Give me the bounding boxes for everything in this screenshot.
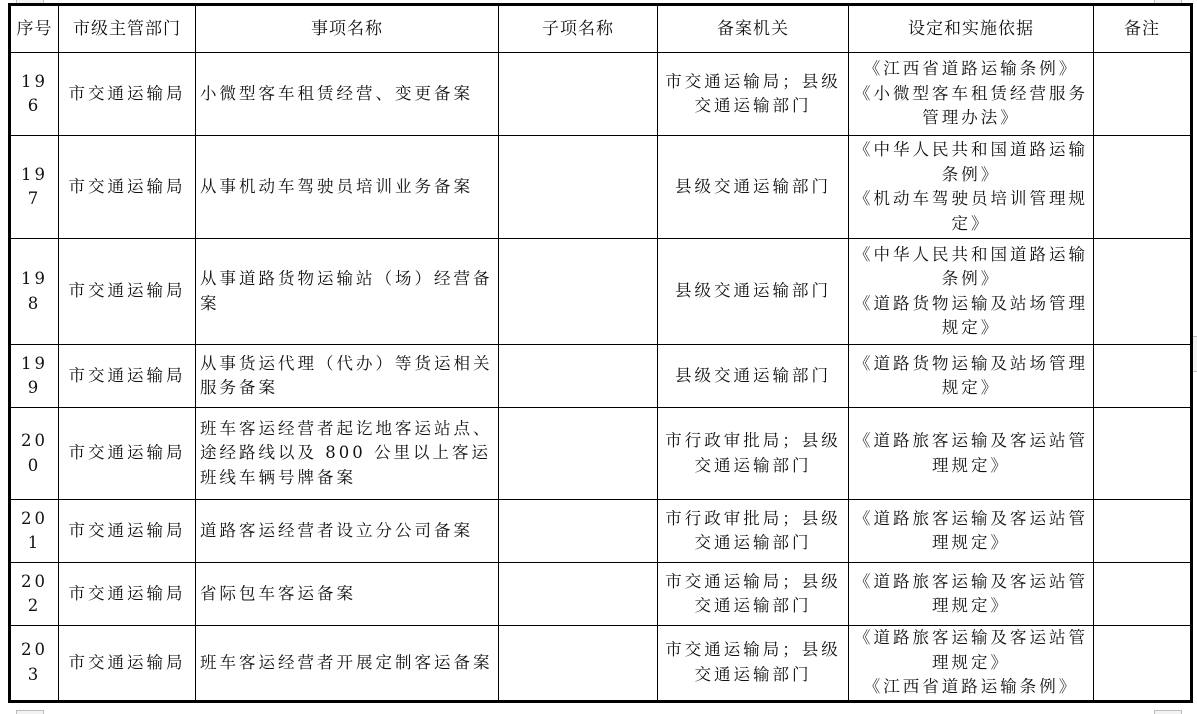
cell-filing-authority: 市行政审批局；县级交通运输部门	[658, 408, 849, 500]
filing-items-table: 序号 市级主管部门 事项名称 子项名称 备案机关 设定和实施依据 备注 196 …	[8, 3, 1193, 703]
cell-department: 市交通运输局	[59, 239, 196, 345]
legal-basis-entry: 《道路货物运输及站场管理规定》	[853, 352, 1089, 401]
cell-legal-basis: 《中华人民共和国道路运输条例》《机动车驾驶员培训管理规定》	[849, 136, 1094, 239]
cell-remarks	[1094, 626, 1192, 702]
cell-subitem-name	[499, 563, 658, 626]
cell-remarks	[1094, 500, 1192, 563]
page-corner-marker-bottom-left	[16, 710, 44, 714]
cell-item-name: 小微型客车租赁经营、变更备案	[196, 53, 499, 136]
legal-basis-entry: 《江西省道路运输条例》	[853, 675, 1089, 700]
header-filing-authority: 备案机关	[658, 5, 849, 53]
cell-department: 市交通运输局	[59, 53, 196, 136]
cell-serial-no: 199	[10, 345, 59, 408]
legal-basis-entry: 《机动车驾驶员培训管理规定》	[853, 187, 1089, 236]
cell-subitem-name	[499, 53, 658, 136]
cell-filing-authority: 县级交通运输部门	[658, 345, 849, 408]
header-legal-basis: 设定和实施依据	[849, 5, 1094, 53]
cell-department: 市交通运输局	[59, 500, 196, 563]
table-row: 199 市交通运输局 从事货运代理（代办）等货运相关服务备案 县级交通运输部门 …	[10, 345, 1192, 408]
legal-basis-entry: 《江西省道路运输条例》	[853, 57, 1089, 82]
cell-serial-no: 197	[10, 136, 59, 239]
legal-basis-entry: 《小微型客车租赁经营服务管理办法》	[853, 82, 1089, 131]
cell-filing-authority: 市交通运输局；县级交通运输部门	[658, 53, 849, 136]
cell-filing-authority: 市交通运输局；县级交通运输部门	[658, 563, 849, 626]
cell-serial-no: 201	[10, 500, 59, 563]
cell-department: 市交通运输局	[59, 563, 196, 626]
cell-remarks	[1094, 408, 1192, 500]
table-row: 203 市交通运输局 班车客运经营者开展定制客运备案 市交通运输局；县级交通运输…	[10, 626, 1192, 702]
legal-basis-entry: 《中华人民共和国道路运输条例》	[853, 243, 1089, 292]
cell-item-name: 道路客运经营者设立分公司备案	[196, 500, 499, 563]
cell-filing-authority: 县级交通运输部门	[658, 136, 849, 239]
cell-item-name: 省际包车客运备案	[196, 563, 499, 626]
cell-item-name: 从事道路货物运输站（场）经营备案	[196, 239, 499, 345]
legal-basis-entry: 《道路旅客运输及客运站管理规定》	[853, 626, 1089, 675]
header-item-name: 事项名称	[196, 5, 499, 53]
table-row: 197 市交通运输局 从事机动车驾驶员培训业务备案 县级交通运输部门 《中华人民…	[10, 136, 1192, 239]
cell-item-name: 从事机动车驾驶员培训业务备案	[196, 136, 499, 239]
page-corner-marker-bottom-right	[1154, 710, 1182, 714]
cell-legal-basis: 《道路旅客运输及客运站管理规定》	[849, 408, 1094, 500]
cell-filing-authority: 市行政审批局；县级交通运输部门	[658, 500, 849, 563]
table-row: 198 市交通运输局 从事道路货物运输站（场）经营备案 县级交通运输部门 《中华…	[10, 239, 1192, 345]
cell-item-name: 班车客运经营者开展定制客运备案	[196, 626, 499, 702]
legal-basis-entry: 《中华人民共和国道路运输条例》	[853, 138, 1089, 187]
header-subitem-name: 子项名称	[499, 5, 658, 53]
cell-department: 市交通运输局	[59, 345, 196, 408]
cell-legal-basis: 《道路货物运输及站场管理规定》	[849, 345, 1094, 408]
cell-remarks	[1094, 136, 1192, 239]
cell-subitem-name	[499, 408, 658, 500]
cell-subitem-name	[499, 500, 658, 563]
table-row: 200 市交通运输局 班车客运经营者起讫地客运站点、途经路线以及 800 公里以…	[10, 408, 1192, 500]
legal-basis-entry: 《道路货物运输及站场管理规定》	[853, 292, 1089, 341]
cell-legal-basis: 《江西省道路运输条例》《小微型客车租赁经营服务管理办法》	[849, 53, 1094, 136]
cell-subitem-name	[499, 626, 658, 702]
legal-basis-entry: 《道路旅客运输及客运站管理规定》	[853, 507, 1089, 556]
cell-serial-no: 196	[10, 53, 59, 136]
cell-remarks	[1094, 53, 1192, 136]
header-remarks: 备注	[1094, 5, 1192, 53]
cell-filing-authority: 市交通运输局；县级交通运输部门	[658, 626, 849, 702]
legal-basis-entry: 《道路旅客运输及客运站管理规定》	[853, 429, 1089, 478]
header-department: 市级主管部门	[59, 5, 196, 53]
cell-subitem-name	[499, 345, 658, 408]
cell-serial-no: 202	[10, 563, 59, 626]
cell-remarks	[1094, 563, 1192, 626]
cell-subitem-name	[499, 239, 658, 345]
table-row: 196 市交通运输局 小微型客车租赁经营、变更备案 市交通运输局；县级交通运输部…	[10, 53, 1192, 136]
table-header-row: 序号 市级主管部门 事项名称 子项名称 备案机关 设定和实施依据 备注	[10, 5, 1192, 53]
cell-item-name: 班车客运经营者起讫地客运站点、途经路线以及 800 公里以上客运班线车辆号牌备案	[196, 408, 499, 500]
cell-remarks	[1094, 345, 1192, 408]
cell-filing-authority: 县级交通运输部门	[658, 239, 849, 345]
cell-subitem-name	[499, 136, 658, 239]
cell-serial-no: 203	[10, 626, 59, 702]
table-row: 202 市交通运输局 省际包车客运备案 市交通运输局；县级交通运输部门 《道路旅…	[10, 563, 1192, 626]
header-serial-no: 序号	[10, 5, 59, 53]
cell-department: 市交通运输局	[59, 136, 196, 239]
cell-department: 市交通运输局	[59, 626, 196, 702]
cell-serial-no: 198	[10, 239, 59, 345]
cell-remarks	[1094, 239, 1192, 345]
cell-legal-basis: 《道路旅客运输及客运站管理规定》《江西省道路运输条例》	[849, 626, 1094, 702]
cell-legal-basis: 《中华人民共和国道路运输条例》《道路货物运输及站场管理规定》	[849, 239, 1094, 345]
cell-legal-basis: 《道路旅客运输及客运站管理规定》	[849, 500, 1094, 563]
cell-department: 市交通运输局	[59, 408, 196, 500]
cell-legal-basis: 《道路旅客运输及客运站管理规定》	[849, 563, 1094, 626]
cell-item-name: 从事货运代理（代办）等货运相关服务备案	[196, 345, 499, 408]
cell-serial-no: 200	[10, 408, 59, 500]
legal-basis-entry: 《道路旅客运输及客运站管理规定》	[853, 570, 1089, 619]
table-row: 201 市交通运输局 道路客运经营者设立分公司备案 市行政审批局；县级交通运输部…	[10, 500, 1192, 563]
